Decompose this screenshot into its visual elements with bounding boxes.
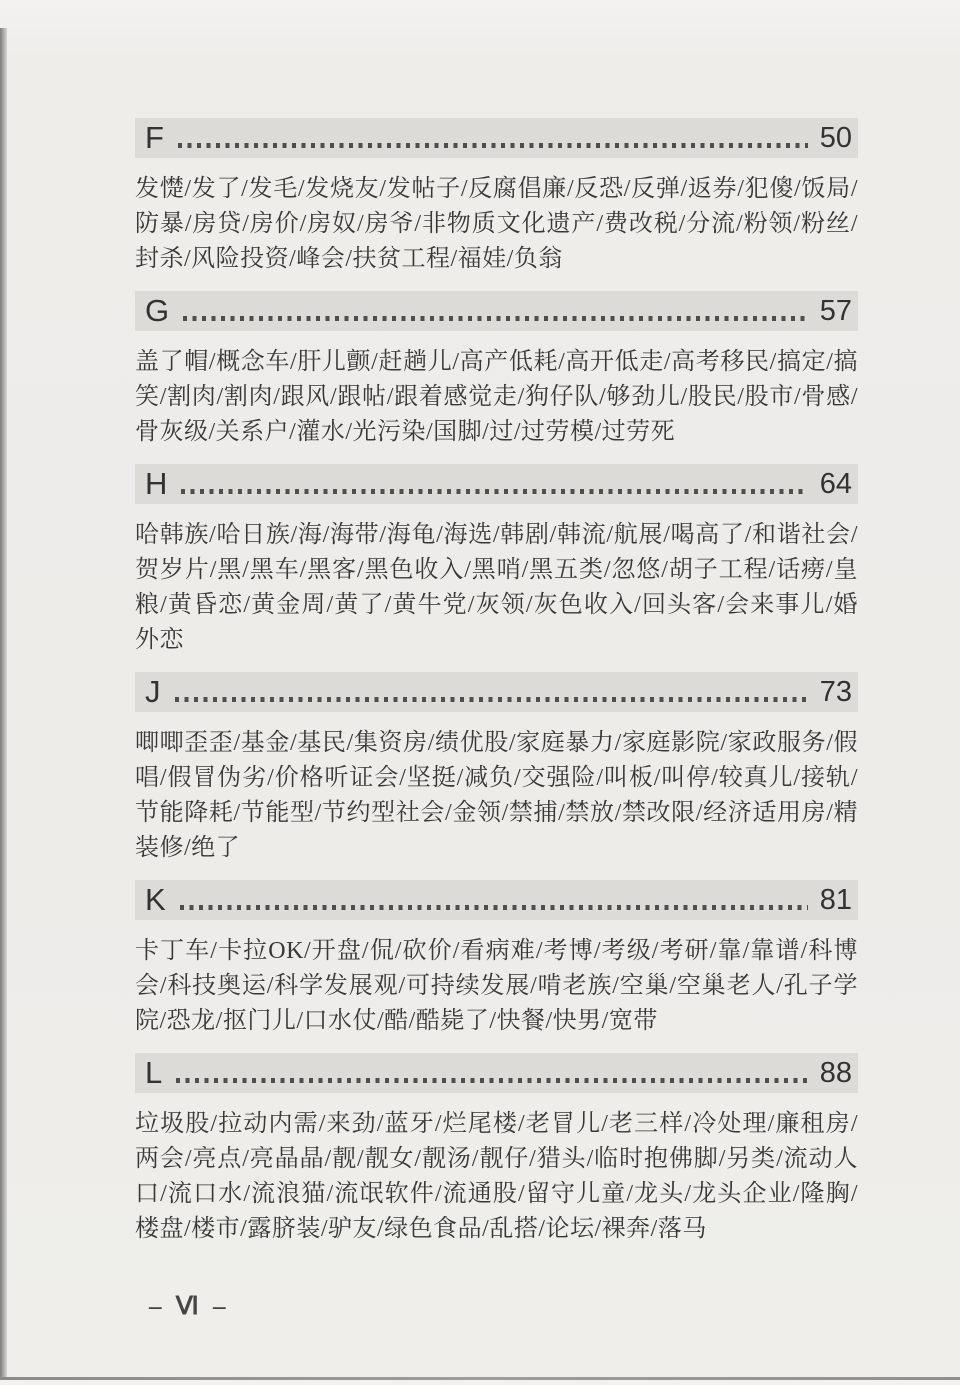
dotted-leader xyxy=(181,489,807,494)
section-letter: F xyxy=(145,118,164,158)
dotted-leader xyxy=(183,316,808,321)
page-bottom-edge-line xyxy=(0,1377,960,1380)
dotted-leader xyxy=(180,905,808,910)
section-terms: 发憷/发了/发毛/发烧友/发帖子/反腐倡廉/反恐/反弹/返券/犯傻/饭局/防暴/… xyxy=(135,172,858,277)
page-bottom-margin xyxy=(0,1380,960,1385)
toc-sections: F 50 发憷/发了/发毛/发烧友/发帖子/反腐倡廉/反恐/反弹/返券/犯傻/饭… xyxy=(135,118,858,1247)
section-terms: 唧唧歪歪/基金/基民/集资房/绩优股/家庭暴力/家庭影院/家政服务/假唱/假冒伪… xyxy=(135,726,858,866)
toc-section: J 73 唧唧歪歪/基金/基民/集资房/绩优股/家庭暴力/家庭影院/家政服务/假… xyxy=(135,672,858,866)
section-header-bar: L 88 xyxy=(135,1053,858,1093)
section-letter: J xyxy=(145,672,161,712)
toc-section: F 50 发憷/发了/发毛/发烧友/发帖子/反腐倡廉/反恐/反弹/返券/犯傻/饭… xyxy=(135,118,858,277)
section-page-number: 57 xyxy=(820,291,852,331)
section-letter: G xyxy=(145,291,169,331)
toc-section: G 57 盖了帽/概念车/肝儿颤/赶趟儿/高产低耗/高开低走/高考移民/搞定/搞… xyxy=(135,291,858,450)
scanned-book-page: F 50 发憷/发了/发毛/发烧友/发帖子/反腐倡廉/反恐/反弹/返券/犯傻/饭… xyxy=(0,0,960,1385)
dotted-leader xyxy=(176,1078,807,1083)
section-letter: L xyxy=(145,1053,162,1093)
section-page-number: 64 xyxy=(820,464,852,504)
section-page-number: 81 xyxy=(820,880,852,920)
page-left-edge-shadow xyxy=(0,28,7,1379)
section-page-number: 88 xyxy=(820,1053,852,1093)
page-number-footer: – Ⅵ – xyxy=(135,1291,858,1321)
toc-section: H 64 哈韩族/哈日族/海/海带/海龟/海选/韩剧/韩流/航展/喝高了/和谐社… xyxy=(135,464,858,658)
section-terms: 卡丁车/卡拉OK/开盘/侃/砍价/看病难/考博/考级/考研/靠/靠谱/科博会/科… xyxy=(135,934,858,1039)
toc-section: K 81 卡丁车/卡拉OK/开盘/侃/砍价/看病难/考博/考级/考研/靠/靠谱/… xyxy=(135,880,858,1039)
section-terms: 垃圾股/拉动内需/来劲/蓝牙/烂尾楼/老冒儿/老三样/冷处理/廉租房/两会/亮点… xyxy=(135,1107,858,1247)
toc-section: L 88 垃圾股/拉动内需/来劲/蓝牙/烂尾楼/老冒儿/老三样/冷处理/廉租房/… xyxy=(135,1053,858,1247)
section-header-bar: H 64 xyxy=(135,464,858,504)
section-header-bar: J 73 xyxy=(135,672,858,712)
section-letter: K xyxy=(145,880,166,920)
section-letter: H xyxy=(145,464,167,504)
table-of-contents: F 50 发憷/发了/发毛/发烧友/发帖子/反腐倡廉/反恐/反弹/返券/犯傻/饭… xyxy=(135,118,858,1321)
section-page-number: 73 xyxy=(820,672,852,712)
dotted-leader xyxy=(175,697,808,702)
dotted-leader xyxy=(178,143,808,148)
section-header-bar: F 50 xyxy=(135,118,858,158)
section-page-number: 50 xyxy=(820,118,852,158)
section-header-bar: G 57 xyxy=(135,291,858,331)
section-header-bar: K 81 xyxy=(135,880,858,920)
section-terms: 盖了帽/概念车/肝儿颤/赶趟儿/高产低耗/高开低走/高考移民/搞定/搞笑/割肉/… xyxy=(135,345,858,450)
section-terms: 哈韩族/哈日族/海/海带/海龟/海选/韩剧/韩流/航展/喝高了/和谐社会/贺岁片… xyxy=(135,518,858,658)
